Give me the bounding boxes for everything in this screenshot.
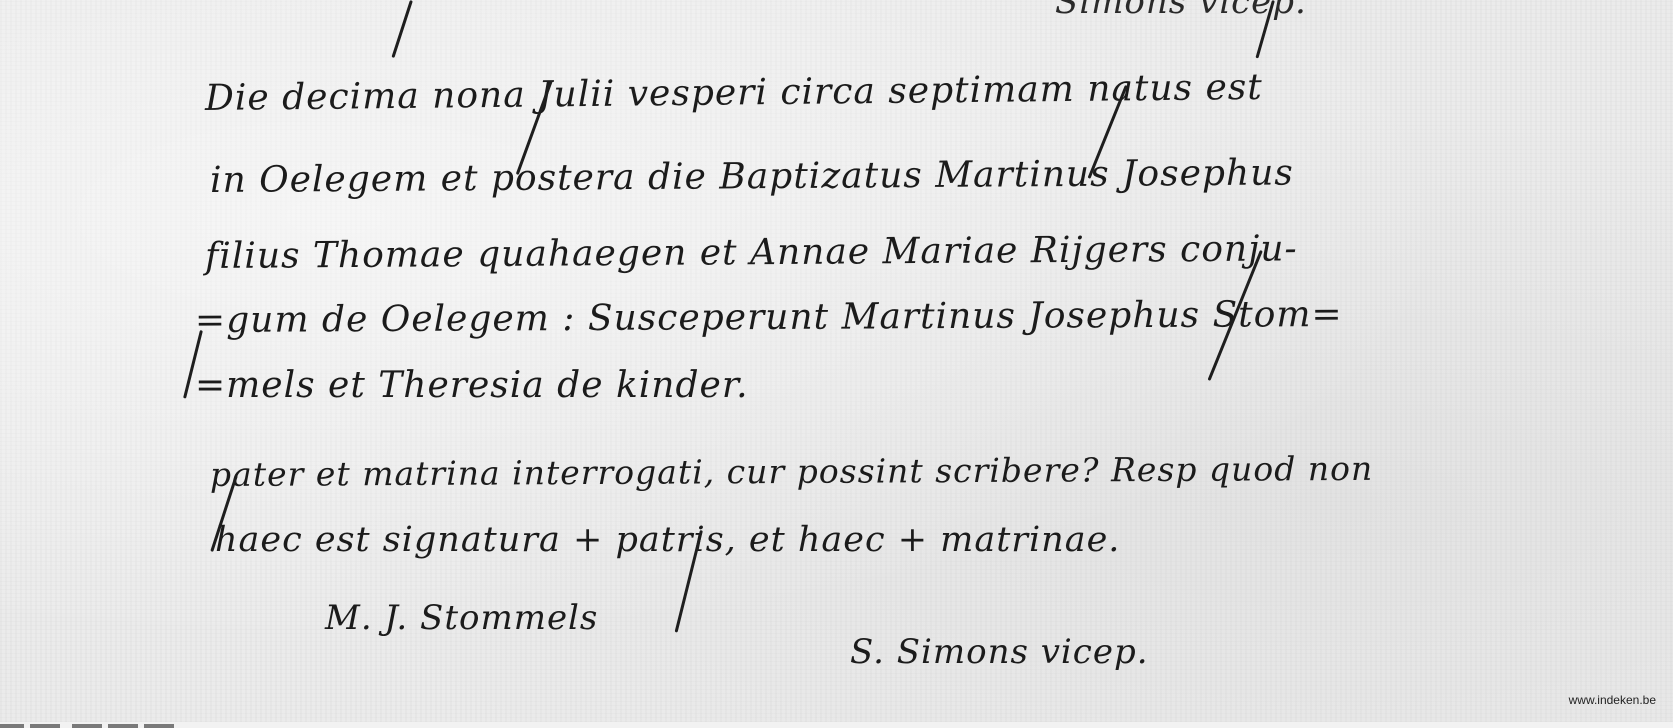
- register-line-3: filius Thomae quahaegen et Annae Mariae …: [205, 228, 1298, 277]
- edge-marker: [0, 724, 24, 728]
- edge-marker: [30, 724, 60, 728]
- register-line-1: Die decima nona Julii vesperi circa sept…: [205, 67, 1263, 119]
- website-watermark: www.indeken.be: [1569, 693, 1656, 707]
- priest-signature: S. Simons vicep.: [850, 632, 1149, 672]
- register-line-7: haec est signatura + patris, et haec + m…: [215, 520, 1120, 560]
- register-line-5: =mels et Theresia de kinder.: [195, 365, 749, 406]
- edge-marker: [72, 724, 102, 728]
- bottom-edge-strip: [0, 722, 1673, 728]
- scanned-register-page: Simons vicep. Die decima nona Julii vesp…: [0, 0, 1673, 723]
- ink-descender-stroke: [391, 0, 412, 58]
- register-line-2: in Oelegem et postera die Baptizatus Mar…: [210, 152, 1294, 201]
- edge-marker: [144, 724, 174, 728]
- register-line-4: =gum de Oelegem : Susceperunt Martinus J…: [195, 294, 1343, 341]
- edge-marker: [108, 724, 138, 728]
- godfather-signature: M. J. Stommels: [325, 598, 598, 638]
- register-line-6: pater et matrina interrogati, cur possin…: [210, 449, 1373, 494]
